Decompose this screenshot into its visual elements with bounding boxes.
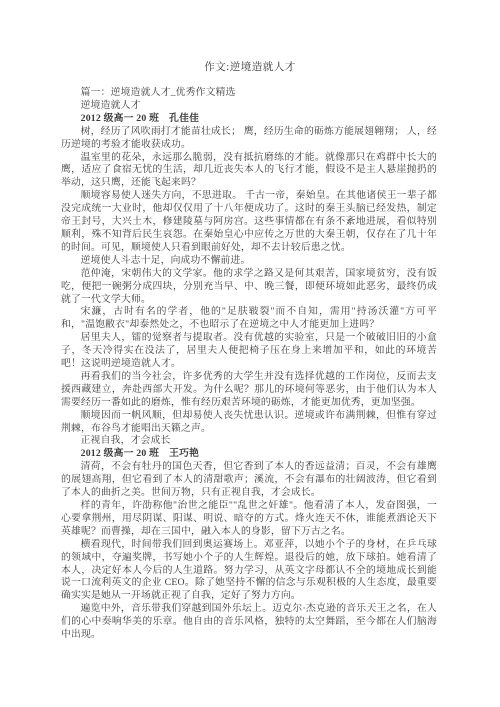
essay-content: 篇一：逆境造就人才_优秀作文精选 逆境造就人才 2012 级高一 20 班 孔佳… [61, 87, 437, 642]
essay-paragraph: 样的青年，许劭称他"治世之能臣""乱世之奸雄"。他看清了本人，发奋图强，一心要拿… [61, 500, 437, 539]
essay-paragraph: 横看现代，时间带我们回到奥运赛场上。邓亚萍，以她小个子的身材，在乒乓球的领域中，… [61, 539, 437, 604]
essay-1-byline: 2012 级高一 20 班 孔佳佳 [61, 113, 437, 126]
essay-1-title: 逆境造就人才 [61, 100, 437, 113]
essay-paragraph: 顺境容易使人迷失方向，不思进取。 千古一帝，秦始皇。在其他诸侯王一辈子都没完成统… [61, 190, 437, 255]
essay-2-title: 正视自我，才会成长 [61, 435, 437, 448]
essay-paragraph: 树，经历了风吹雨打才能苗壮成长； 鹰，经历生命的砺炼方能展翅翱翔； 人，经历逆境… [61, 126, 437, 152]
essay-paragraph: 遍览中外，音乐带我们穿越到国外乐坛上。迈克尔·杰克逊的音乐天王之名，在人们的心中… [61, 603, 437, 642]
essay-paragraph: 居里夫人，镭的觉察者与提取者。没有优越的实验室，只是一个破破旧旧的小盒子，冬天冷… [61, 332, 437, 371]
essay-paragraph: 再看我们的当今社会，许多优秀的大学生并没有选择优越的工作岗位，反而去支援西藏建立… [61, 371, 437, 410]
essay-paragraph: 宋濂，古时有名的学者，他的"足肤皲裂"而不自知，需用"持汤沃灌"方可平和，"温饱… [61, 306, 437, 332]
essay-paragraph: 范仲淹，宋朝伟大的文学家。他的求学之路又是何其艰苦，国家境贫穷，没有饭吃，便把一… [61, 268, 437, 307]
essay-2-byline: 2012 级高一 20 班 王巧艳 [61, 448, 437, 461]
document-page: 作文:逆境造就人才 篇一：逆境造就人才_优秀作文精选 逆境造就人才 2012 级… [0, 0, 500, 707]
document-title: 作文:逆境造就人才 [0, 61, 500, 74]
essay-paragraph: 逆境使人斗志十足，向成功不懈前进。 [61, 255, 437, 268]
essay-paragraph: 温室里的花朵，永远那么脆弱，没有抵抗磨练的才能。就像那只在鸡群中长大的鹰，适应了… [61, 152, 437, 191]
essay-paragraph: 清荷，不会有牡丹的国色天香，但它香到了本人的香远益清；百灵，不会有雄鹰的展翅高翔… [61, 461, 437, 500]
section-label: 篇一：逆境造就人才_优秀作文精选 [61, 87, 437, 100]
essay-paragraph: 顺境因而一帆风顺，但却易使人丧失忧患认识。逆境或许布满荆棘，但惟有穿过荆棘，布谷… [61, 410, 437, 436]
